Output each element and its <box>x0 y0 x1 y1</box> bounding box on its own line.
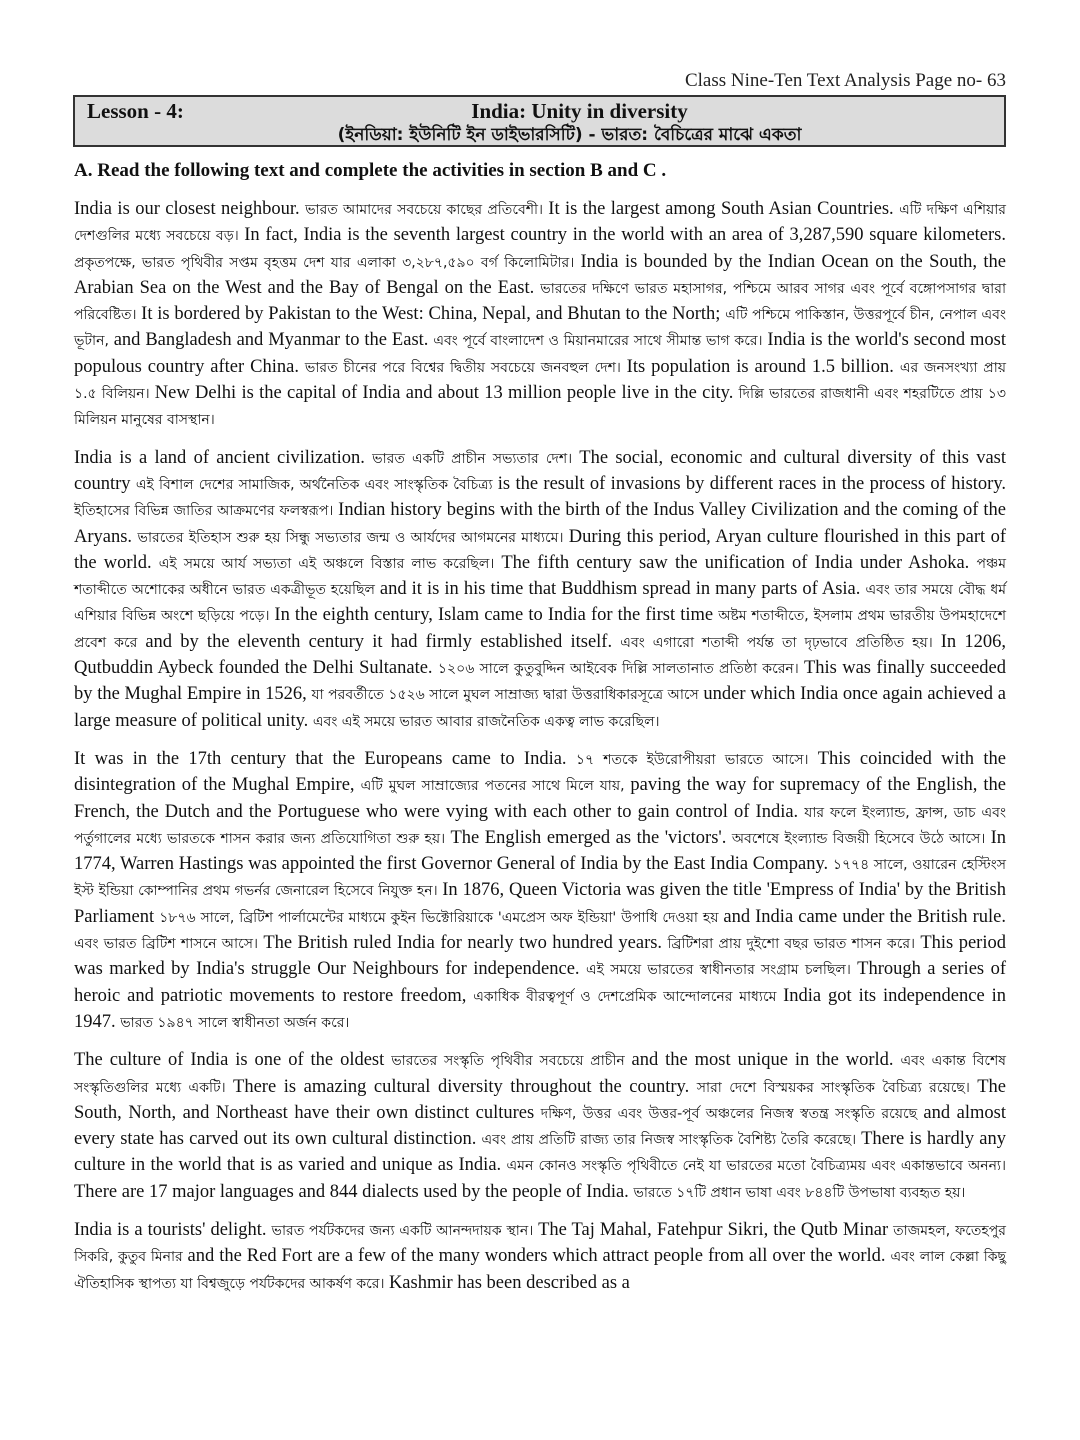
bengali-translation: এবং এই সময়ে ভারত আবার রাজনৈতিক একত্ব লা… <box>313 714 660 730</box>
bengali-translation: অবশেষে ইংল্যান্ড বিজয়ী হিসেবে উঠে আসে। <box>732 831 991 847</box>
bengali-translation: এটি মুঘল সাম্রাজ্যের পতনের সাথে মিলে যায… <box>361 778 631 794</box>
english-text: The English emerged as the 'victors'. <box>451 828 732 848</box>
bengali-translation: এমন কোনও সংস্কৃতি পৃথিবীতে নেই যা ভারতের… <box>507 1158 1007 1174</box>
instruction-heading: A. Read the following text and complete … <box>74 160 666 182</box>
english-text: The fifth century saw the unification of… <box>501 553 976 573</box>
english-text: is the result of invasions by different … <box>498 474 1006 494</box>
english-text: India is a tourists' delight. <box>74 1220 272 1240</box>
bengali-translation: ভারত একটি প্রাচীন সভ্যতার দেশ। <box>372 451 579 467</box>
bengali-translation: ভারতের সংস্কৃতি পৃথিবীর সবচেয়ে প্রাচীন <box>391 1053 631 1069</box>
paragraph: India is our closest neighbour. ভারত আমা… <box>74 197 1006 434</box>
english-text: The Taj Mahal, Fatehpur Sikri, the Qutb … <box>538 1220 893 1240</box>
bengali-translation: দক্ষিণ, উত্তর এবং উত্তর-পূর্ব অঞ্চলের নি… <box>541 1106 924 1122</box>
english-text: There is amazing cultural diversity thro… <box>233 1077 697 1097</box>
english-text: and the most unique in the world. <box>631 1050 900 1070</box>
bengali-translation: ভারত চীনের পরে বিশ্বের দ্বিতীয় সবচেয়ে … <box>305 360 627 376</box>
bengali-translation: এবং এগারো শতাব্দী পর্যন্ত তা দৃঢ়ভাবে প্… <box>620 635 940 651</box>
bengali-translation: ১৮৭৬ সালে, ব্রিটিশ পার্লামেন্টের মাধ্যমে… <box>159 910 723 926</box>
english-text: India is our closest neighbour. <box>74 199 305 219</box>
paragraph: The culture of India is one of the oldes… <box>74 1048 1006 1206</box>
bengali-translation: ভারতে ১৭টি প্রধান ভাষা এবং ৮৪৪টি উপভাষা … <box>633 1185 965 1201</box>
english-text: It is the largest among South Asian Coun… <box>548 199 899 219</box>
bengali-translation: ইতিহাসের বিভিন্ন জাতির আক্রমণের ফলস্বরূপ… <box>74 503 338 519</box>
english-text: In the eighth century, Islam came to Ind… <box>274 605 718 625</box>
bengali-translation: এবং ভারত ব্রিটিশ শাসনে আসে। <box>74 936 263 952</box>
english-text: The British ruled India for nearly two h… <box>263 933 667 953</box>
bengali-translation: এবং পূর্বে বাংলাদেশ ও মিয়ানমারের সাথে স… <box>433 333 767 349</box>
english-text: New Delhi is the capital of India and ab… <box>155 383 739 403</box>
bengali-translation: ভারত ১৯৪৭ সালে স্বাধীনতা অর্জন করে। <box>120 1015 349 1031</box>
english-text: and Bangladesh and Myanmar to the East. <box>114 330 434 350</box>
bengali-translation: ভারত আমাদের সবচেয়ে কাছের প্রতিবেশী। <box>305 202 548 218</box>
reading-passage: India is our closest neighbour. ভারত আমা… <box>74 197 1006 1309</box>
bengali-translation: যা পরবর্তীতে ১৫২৬ সালে মুঘল সাম্রাজ্য দ্… <box>312 687 704 703</box>
english-text: It is bordered by Pakistan to the West: … <box>141 304 725 324</box>
english-text: The culture of India is one of the oldes… <box>74 1050 391 1070</box>
bengali-translation: ভারত পর্যটকদের জন্য একটি আনন্দদায়ক স্থা… <box>272 1223 539 1239</box>
bengali-translation: ১২০৬ সালে কুতুবুদ্দিন আইবেক দিল্লি সালতা… <box>438 661 804 677</box>
bengali-translation: প্রকৃতপক্ষে, ভারত পৃথিবীর সপ্তম বৃহত্তম … <box>74 255 581 271</box>
bengali-translation: একাধিক বীরত্বপূর্ণ ও দেশপ্রেমিক আন্দোলনে… <box>473 989 783 1005</box>
bengali-translation: এই সময়ে আর্য সভ্যতা এই অঞ্চলে বিস্তার ল… <box>159 556 502 572</box>
english-text: India is a land of ancient civilization. <box>74 448 372 468</box>
english-text: There are 17 major languages and 844 dia… <box>74 1182 633 1202</box>
english-text: In fact, India is the seventh largest co… <box>244 225 1006 245</box>
english-text: and India came under the British rule. <box>723 907 1006 927</box>
english-text: and by the eleventh century it had firml… <box>145 632 620 652</box>
bengali-translation: ১৭ শতকে ইউরোপীয়রা ভারতে আসে। <box>576 752 818 768</box>
english-text: and it is in his time that Buddhism spre… <box>380 579 866 599</box>
paragraph: India is a land of ancient civilization.… <box>74 446 1006 735</box>
paragraph: It was in the 17th century that the Euro… <box>74 747 1006 1036</box>
lesson-header-box: Lesson - 4: India: Unity in diversity (ই… <box>73 95 1006 147</box>
bengali-translation: এবং প্রায় প্রতিটি রাজ্য তার নিজস্ব সাংস… <box>482 1132 862 1148</box>
bengali-translation: সারা দেশে বিস্ময়কর সাংস্কৃতিক বৈচিত্র্য… <box>697 1080 977 1096</box>
page-header: Class Nine-Ten Text Analysis Page no- 63 <box>685 70 1006 92</box>
lesson-subtitle-bengali: (ইনডিয়া: ইউনিটি ইন ডাইভারসিটি) - ভারত: … <box>75 122 1004 150</box>
english-text: It was in the 17th century that the Euro… <box>74 749 576 769</box>
bengali-translation: ব্রিটিশরা প্রায় দুইশো বছর ভারত শাসন করে… <box>668 936 921 952</box>
bengali-translation: ভারতের ইতিহাস শুরু হয় সিন্ধু সভ্যতার জন… <box>138 530 569 546</box>
paragraph: India is a tourists' delight. ভারত পর্যট… <box>74 1218 1006 1297</box>
english-text: Kashmir has been described as a <box>389 1273 630 1293</box>
bengali-translation: এই সময়ে ভারতের স্বাধীনতার সংগ্রাম চলছিল… <box>586 962 857 978</box>
lesson-title: India: Unity in diversity <box>75 99 1004 124</box>
english-text: Its population is around 1.5 billion. <box>627 357 900 377</box>
bengali-translation: এই বিশাল দেশের সামাজিক, অর্থনৈতিক এবং সা… <box>136 477 498 493</box>
english-text: and the Red Fort are a few of the many w… <box>188 1246 891 1266</box>
